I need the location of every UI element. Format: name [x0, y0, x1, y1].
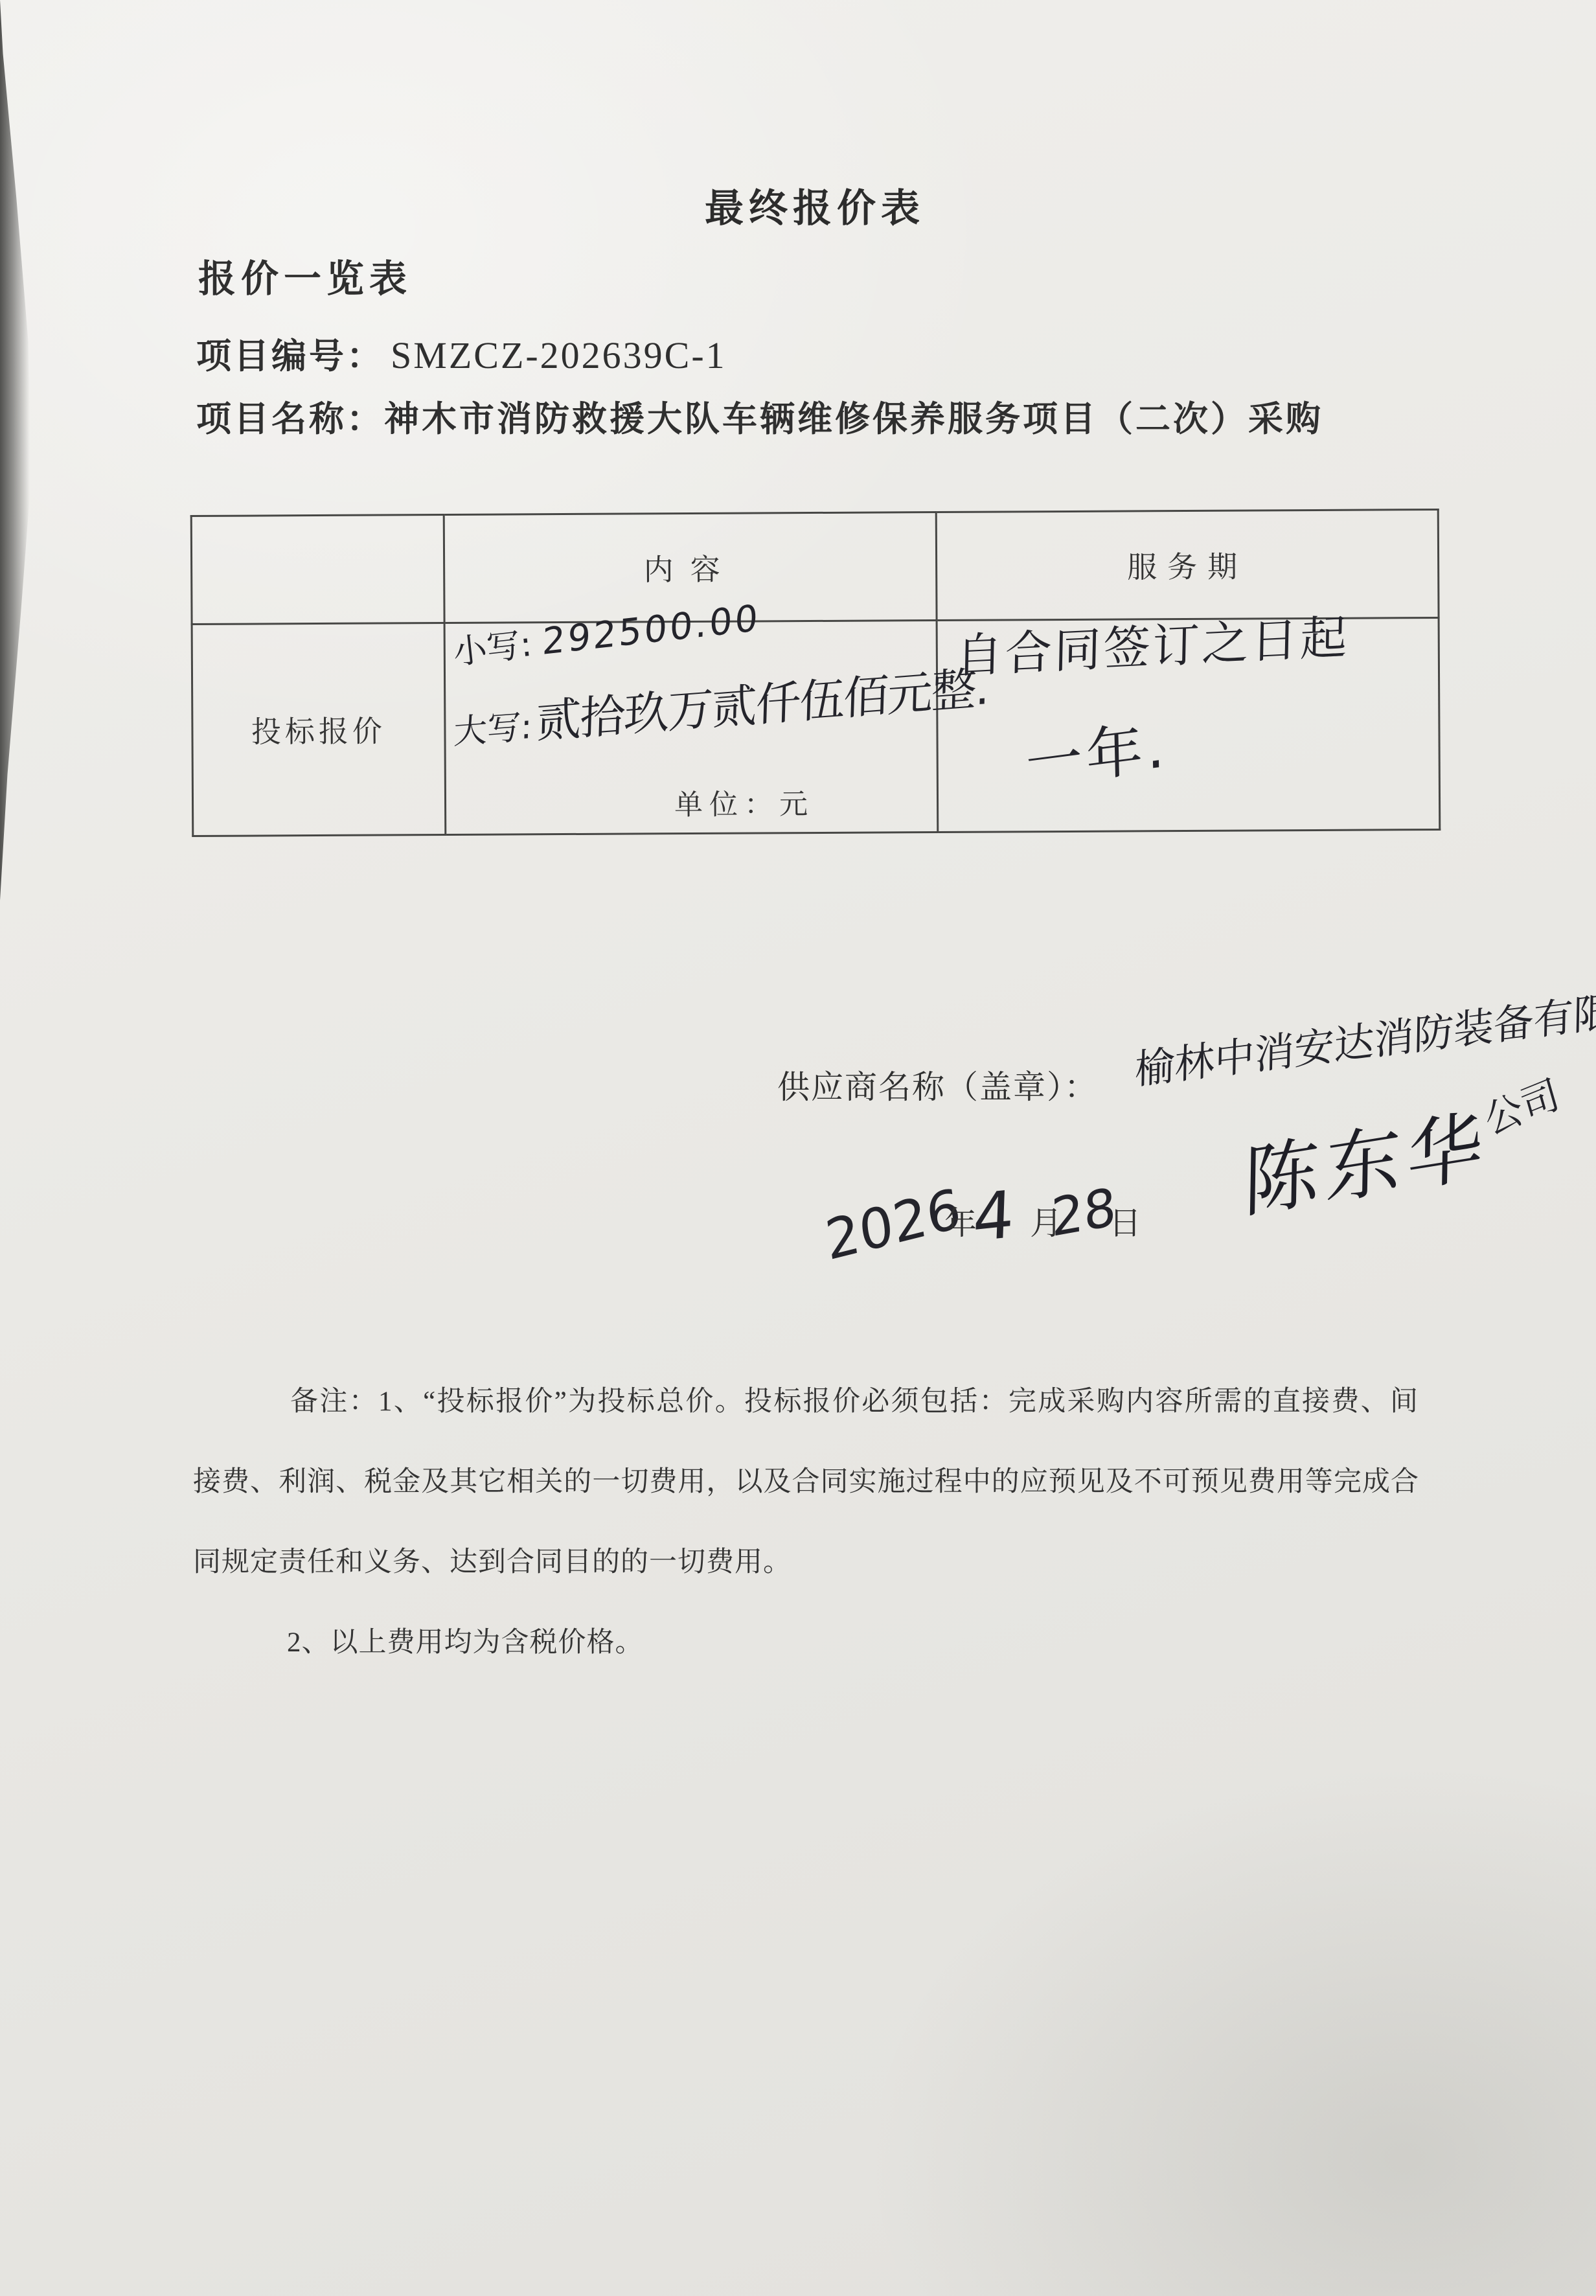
project-name-label: 项目名称：: [196, 400, 384, 439]
scan-edge-shadow: [0, 0, 30, 901]
table-data-row: 投标报价 小写:292500.00 大写:贰拾玖万贰仟伍佰元整. 单位：元 自合…: [192, 617, 1440, 836]
project-number-label: 项目编号：: [196, 337, 384, 376]
amount-in-figures-label: 小写:: [451, 625, 534, 672]
note-line-1: 备注：1、“投标报价”为投标总价。投标报价必须包括：完成采购内容所需的直接费、间: [290, 1385, 1419, 1419]
bid-price-content-cell: 小写:292500.00 大写:贰拾玖万贰仟伍佰元整. 单位：元: [444, 621, 938, 835]
project-number-value: SMZCZ-202639C-1: [391, 334, 727, 376]
scanned-document-page: 最终报价表 报价一览表 项目编号：SMZCZ-202639C-1 项目名称：神木…: [0, 0, 1596, 2296]
service-period-cell: 自合同签订之日起 一年.: [937, 617, 1440, 832]
unit-label: 单位：元: [674, 790, 814, 820]
header-empty-cell: [191, 515, 444, 625]
service-period-handwriting-line1: 自合同签订之日起: [955, 614, 1350, 680]
note-line-3: 同规定责任和义务、达到合同目的的一切费用。: [193, 1546, 792, 1579]
date-year-handwriting: 2026: [821, 1177, 964, 1272]
project-name-value: 神木市消防救援大队车辆维修保养服务项目（二次）采购: [384, 400, 1323, 439]
supplier-name-label: 供应商名称（盖章）：: [777, 1069, 1098, 1107]
project-name-line: 项目名称：神木市消防救援大队车辆维修保养服务项目（二次）采购: [196, 399, 1323, 439]
supplier-name-handwriting-line2: 公司: [1480, 1072, 1564, 1145]
date-day-unit: 日: [1109, 1205, 1141, 1243]
project-number-line: 项目编号：SMZCZ-202639C-1: [196, 334, 727, 378]
note-line-4: 2、以上费用均为含税价格。: [287, 1626, 644, 1660]
amount-in-words-label: 大写:: [453, 707, 532, 752]
signature-handwriting: 陈东华: [1243, 1101, 1490, 1229]
service-period-handwriting-line2: 一年.: [1025, 718, 1169, 794]
bid-price-row-label: 投标报价: [192, 623, 446, 836]
supplier-name-handwriting-line1: 榆林中消安达消防装备有限: [1134, 988, 1596, 1094]
date-day-handwriting: 28: [1050, 1177, 1117, 1249]
header-service-period-cell: 服务期: [936, 509, 1439, 620]
document-title: 最终报价表: [705, 187, 925, 231]
amount-in-words-line: 大写:贰拾玖万贰仟伍佰元整.: [453, 665, 989, 751]
table-header-row: 内容 服务期: [191, 509, 1439, 624]
quotation-table: 内容 服务期 投标报价 小写:292500.00 大写:贰拾玖万贰仟伍佰元整. …: [190, 509, 1441, 837]
date-month-handwriting: 4: [972, 1177, 1015, 1256]
note-line-2: 接费、利润、税金及其它相关的一切费用，以及合同实施过程中的应预见及不可预见费用等…: [193, 1465, 1419, 1499]
amount-in-words-value: 贰拾玖万贰仟伍佰元整.: [535, 661, 989, 749]
quotation-list-heading: 报价一览表: [198, 258, 412, 301]
